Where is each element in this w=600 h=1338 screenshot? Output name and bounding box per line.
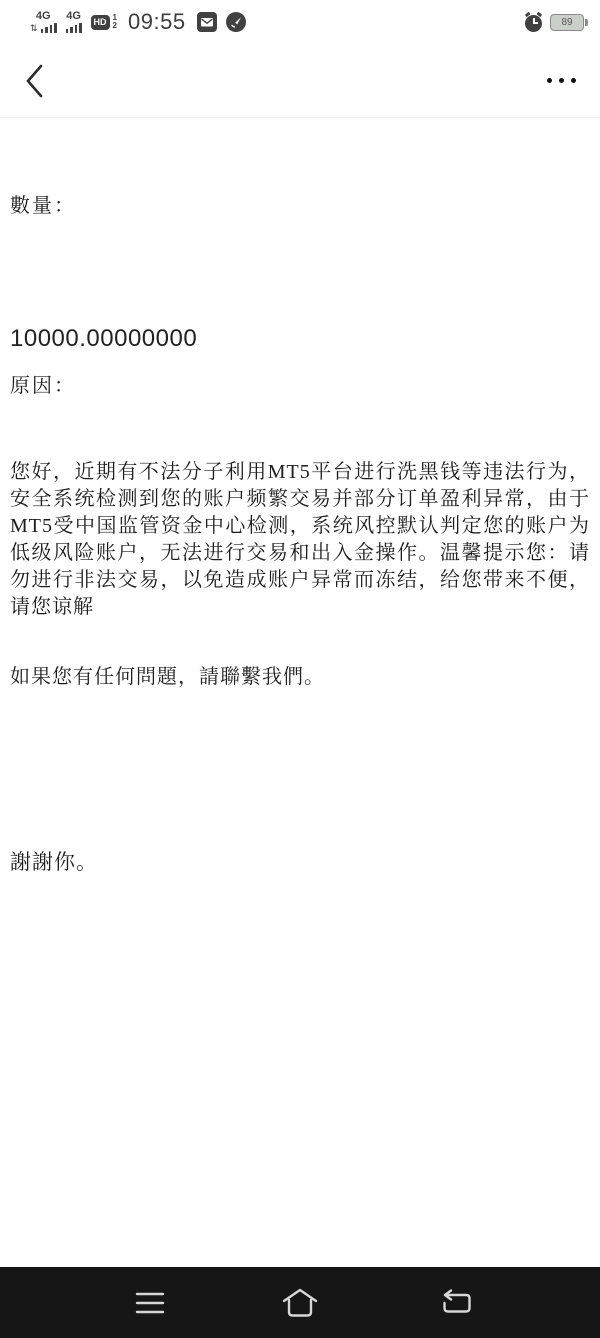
back-nav-button[interactable] [426, 1267, 486, 1338]
menu-icon [135, 1291, 165, 1315]
home-icon [280, 1288, 320, 1318]
quantity-label: 數量： [10, 189, 76, 218]
message-content: 數量： 10000.00000000 原因： 您好，近期有不法分子利用MT5平台… [0, 0, 600, 1338]
quantity-value: 10000.00000000 [10, 325, 197, 353]
recents-menu-button[interactable] [120, 1267, 180, 1338]
android-nav-bar [0, 1267, 600, 1338]
reason-label: 原因： [10, 369, 76, 398]
closing-line: 謝謝你。 [10, 846, 98, 876]
contact-line: 如果您有任何問題，請聯繫我們。 [10, 660, 325, 689]
phone-screen: 4G ⇅ 4G HD 1 2 09:55 [0, 0, 600, 1338]
return-arrow-icon [438, 1289, 474, 1317]
home-button[interactable] [270, 1267, 330, 1338]
reason-body-text: 您好，近期有不法分子利用MT5平台进行洗黑钱等违法行为，安全系统检测到您的账户频… [10, 459, 590, 621]
